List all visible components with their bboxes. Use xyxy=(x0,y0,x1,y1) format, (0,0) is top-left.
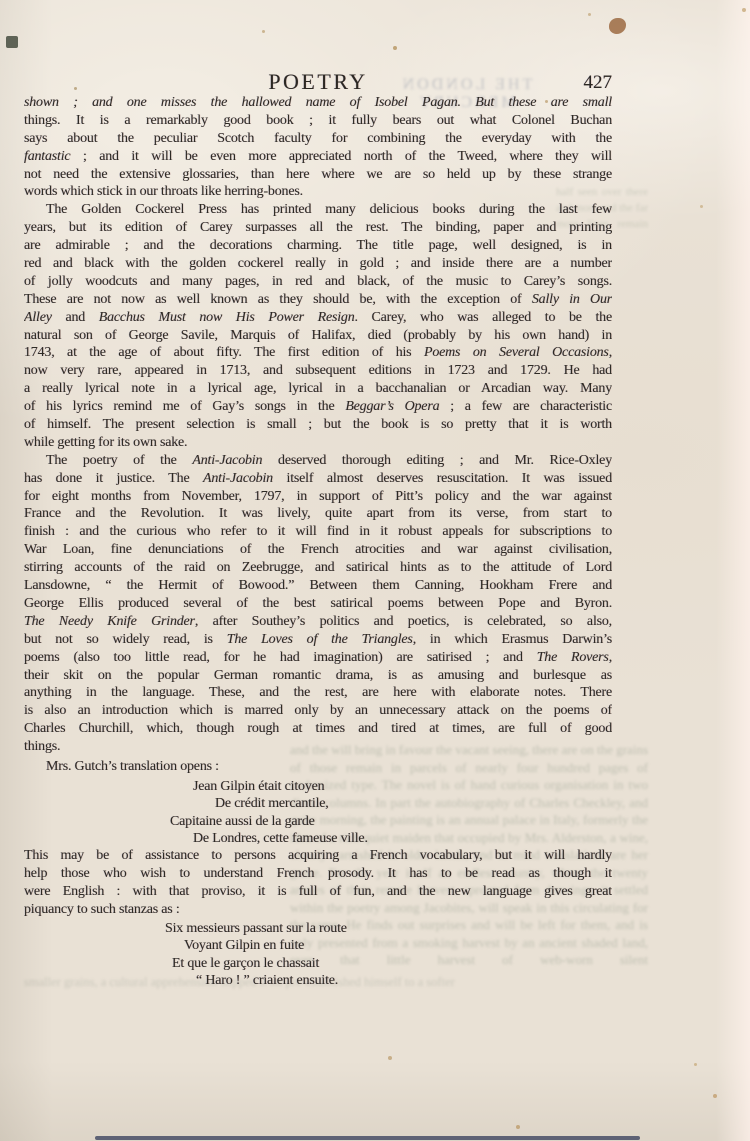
text-line: Jean Gilpin était citoyen xyxy=(193,778,612,795)
text-line: of himself. The present selection is sma… xyxy=(24,416,612,434)
text-line: fantastic ; and it will be even more app… xyxy=(24,148,612,166)
paper-speck xyxy=(545,100,548,103)
text-line: War Loan, fine denunciations of the Fren… xyxy=(24,541,612,559)
text-line: The Needy Knife Grinder, after Southey’s… xyxy=(24,613,612,631)
paper-speck xyxy=(393,46,397,50)
paragraph: This may be of assistance to persons acq… xyxy=(24,847,612,919)
text-line: a really lyrical note in a lyrical age, … xyxy=(24,380,612,398)
text-line: has done it justice. The Anti-Jacobin it… xyxy=(24,470,612,488)
text-line: Alley and Bacchus Must now His Power Res… xyxy=(24,309,612,327)
text-line: natural son of George Savile, Marquis of… xyxy=(24,327,612,345)
text-line: Et que le garçon le chassait xyxy=(172,955,612,972)
paper-speck xyxy=(588,13,591,16)
text-line: De crédit mercantile, xyxy=(215,795,612,812)
text-line: for eight months from November, 1797, in… xyxy=(24,488,612,506)
text-line: Six messieurs passant sur la route xyxy=(165,920,612,937)
text-line: says about the peculiar Scotch faculty f… xyxy=(24,130,612,148)
paper-speck xyxy=(388,1056,392,1060)
text-line: years, but its edition of Carey surpasse… xyxy=(24,219,612,237)
text-line: things. xyxy=(24,738,612,756)
paragraph: The Golden Cockerel Press has printed ma… xyxy=(24,201,612,451)
text-line: piquancy to such stanzas as : xyxy=(24,901,612,919)
text-line: things. It is a remarkably good book ; i… xyxy=(24,112,612,130)
text-line: De Londres, cette fameuse ville. xyxy=(193,830,612,847)
text-line: Capitaine aussi de la garde xyxy=(170,813,612,830)
text-line: of jolly woodcuts and many pages, in red… xyxy=(24,273,612,291)
text-line: This may be of assistance to persons acq… xyxy=(24,847,612,865)
text-line: These are not now as well known as they … xyxy=(24,291,612,309)
paper-speck xyxy=(74,87,77,90)
text-line: of his lyrics remind me of Gay’s songs i… xyxy=(24,398,612,416)
text-line: words which stick in our throats like he… xyxy=(24,183,612,201)
text-line: 1743, at the age of about fifty. The fir… xyxy=(24,344,612,362)
text-line: Charles Churchill, which, though rough a… xyxy=(24,720,612,738)
text-line: red and black with the golden cockerel r… xyxy=(24,255,612,273)
text-line: shown ; and one misses the hallowed name… xyxy=(24,94,612,112)
text-line: now very rare, appeared in 1713, and sub… xyxy=(24,362,612,380)
running-head-title: POETRY xyxy=(24,69,612,95)
text-line: is also an introduction which is marred … xyxy=(24,702,612,720)
text-line: Mrs. Gutch’s translation opens : xyxy=(24,758,612,776)
paper-speck xyxy=(694,1063,697,1066)
paper-speck xyxy=(700,205,703,208)
text-line: The Golden Cockerel Press has printed ma… xyxy=(24,201,612,219)
text-line: The poetry of the Anti-Jacobin deserved … xyxy=(24,452,612,470)
brown-stain-blob xyxy=(609,18,626,34)
text-line: their skit on the popular German romanti… xyxy=(24,667,612,685)
text-line: poems (also too little read, for he had … xyxy=(24,649,612,667)
text-line: stirring accounts of the raid on Zeebrug… xyxy=(24,559,612,577)
paper-speck xyxy=(742,8,746,12)
text-line: not need the extensive glossaries, than … xyxy=(24,166,612,184)
paper-speck xyxy=(262,30,265,33)
paragraph: shown ; and one misses the hallowed name… xyxy=(24,94,612,201)
text-line: France and the Revolution. It was lively… xyxy=(24,505,612,523)
scanned-book-page: THE LONDON MERCURY POETRY 427 half seen … xyxy=(0,0,750,1141)
text-column: shown ; and one misses the hallowed name… xyxy=(24,94,612,990)
text-line: George Ellis produced several of the bes… xyxy=(24,595,612,613)
text-line: are admirable ; and the decorations char… xyxy=(24,237,612,255)
bottom-edge-strip xyxy=(95,1136,640,1140)
paragraph: The poetry of the Anti-Jacobin deserved … xyxy=(24,452,612,756)
text-line: “ Haro ! ” criaient ensuite. xyxy=(196,972,612,989)
paper-speck xyxy=(713,1094,717,1098)
text-line: help those who wish to understand French… xyxy=(24,865,612,883)
text-line: were English : with that proviso, it is … xyxy=(24,883,612,901)
paper-speck xyxy=(516,1125,520,1129)
text-line: Voyant Gilpin en fuite xyxy=(184,937,612,954)
text-line: while getting for its own sake. xyxy=(24,434,612,452)
text-line: anything in the language. These, and the… xyxy=(24,684,612,702)
page-number: 427 xyxy=(584,72,613,94)
paragraph: Mrs. Gutch’s translation opens : xyxy=(24,758,612,776)
ink-stain-square xyxy=(6,36,18,48)
verse-block: Six messieurs passant sur la routeVoyant… xyxy=(24,920,612,990)
verse-block: Jean Gilpin était citoyenDe crédit merca… xyxy=(24,778,612,848)
text-line: finish : and the curious who refer to it… xyxy=(24,523,612,541)
text-line: Lansdowne, “ the Hermit of Bowood.” Betw… xyxy=(24,577,612,595)
text-line: but not so widely read, is The Loves of … xyxy=(24,631,612,649)
